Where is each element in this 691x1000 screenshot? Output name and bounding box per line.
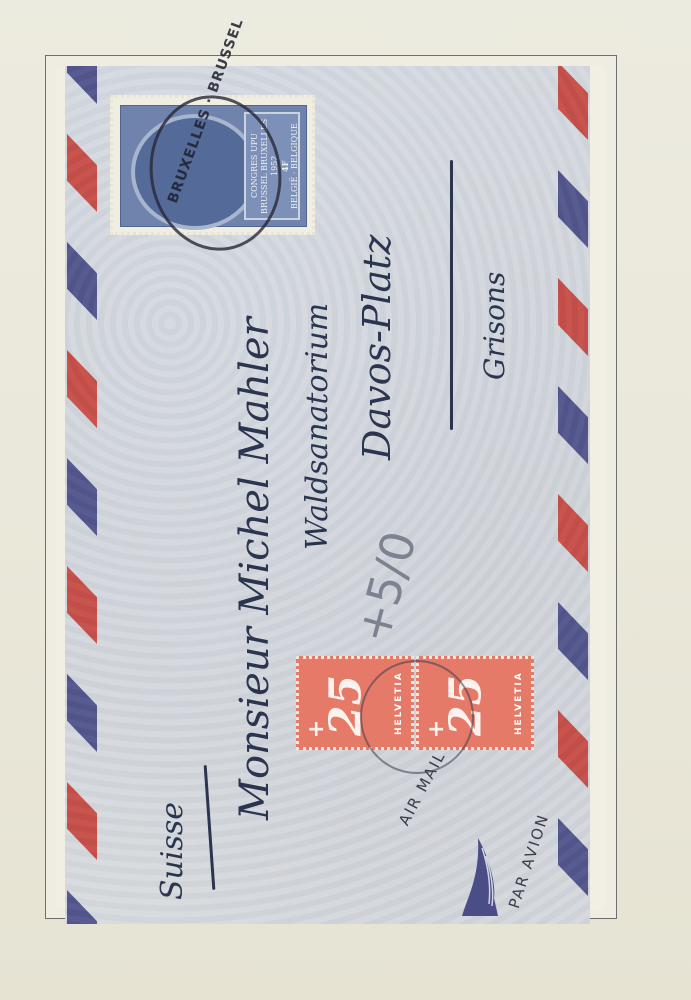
- address-line-1: Monsieur Michel Mahler: [232, 440, 278, 820]
- airmail-stripe: [67, 350, 97, 428]
- left-airmail-border: [65, 66, 99, 924]
- airmail-stripe: [558, 170, 588, 248]
- airmail-stripe: [558, 602, 588, 680]
- airmail-stripe: [67, 458, 97, 536]
- address-line-4: Grisons: [478, 230, 511, 380]
- airmail-wing-icon: [458, 836, 500, 916]
- airmail-stripe: [67, 242, 97, 320]
- airmail-stripe: [67, 674, 97, 752]
- airmail-stripe: [67, 782, 97, 860]
- airmail-stripe: [558, 818, 588, 896]
- airmail-stripe: [558, 494, 588, 572]
- airmail-stripe: [67, 890, 97, 924]
- address-underline: [450, 160, 453, 430]
- airmail-stripe: [67, 566, 97, 644]
- swiss-cross-icon: +: [307, 717, 325, 742]
- address-line-2: Waldsanatorium: [300, 290, 335, 550]
- airmail-stripe: [67, 66, 97, 104]
- airmail-stripe: [558, 710, 588, 788]
- destination-country: Suisse: [155, 780, 190, 900]
- airmail-stripe: [67, 134, 97, 212]
- airmail-stripe: [558, 278, 588, 356]
- airmail-stripe: [558, 386, 588, 464]
- right-airmail-border: [556, 66, 590, 924]
- swiss-postmark: [360, 660, 474, 774]
- address-line-3: Davos-Platz: [355, 170, 399, 460]
- airmail-stripe: [558, 66, 588, 140]
